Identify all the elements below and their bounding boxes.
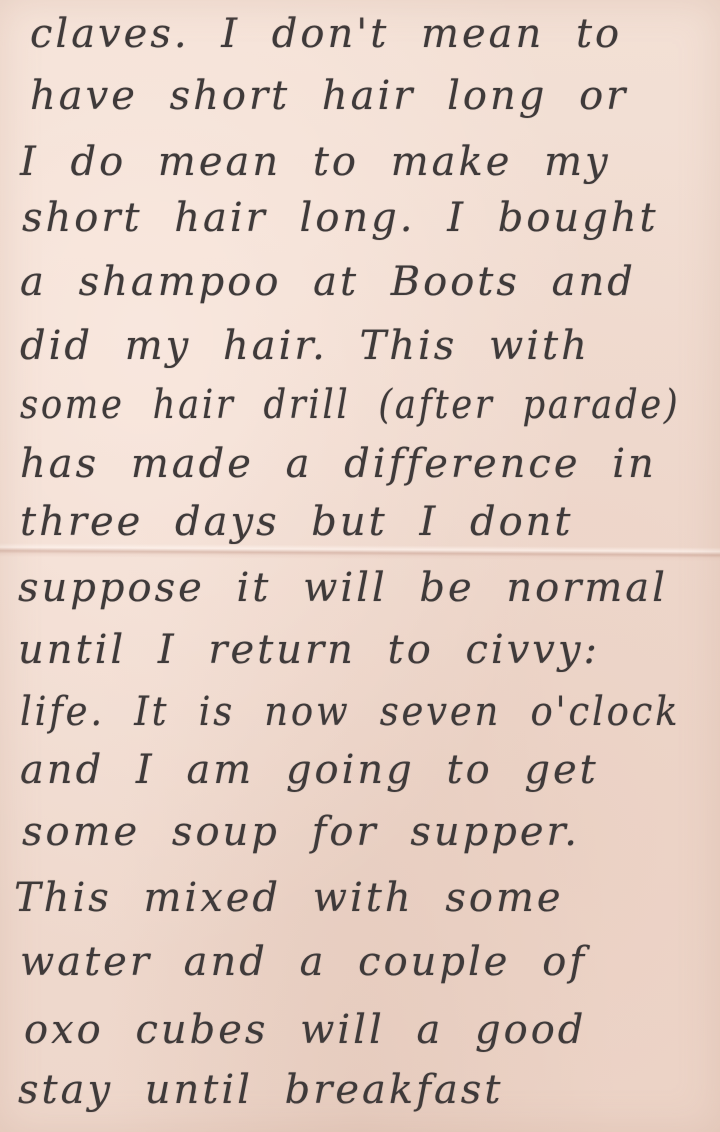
handwritten-line: stay until breakfast: [18, 1070, 503, 1110]
handwritten-line: has made a difference in: [20, 444, 657, 484]
handwritten-line: some soup for supper.: [22, 812, 580, 852]
handwritten-line: until I return to civvy:: [18, 630, 600, 670]
paper-fold-crease: [0, 543, 720, 561]
handwritten-line: some hair drill (after parade): [20, 385, 680, 425]
handwritten-line: short hair long. I bought: [22, 198, 659, 238]
handwritten-line: life. It is now seven o'clock: [20, 692, 680, 732]
handwritten-line: I do mean to make my: [20, 142, 611, 182]
handwritten-line: a shampoo at Boots and: [20, 262, 636, 302]
handwritten-line: claves. I don't mean to: [30, 14, 622, 54]
letter-page: claves. I don't mean tohave short hair l…: [0, 0, 720, 1132]
handwritten-line: and I am going to get: [20, 750, 599, 790]
handwritten-line: did my hair. This with: [20, 326, 590, 366]
handwritten-line: oxo cubes will a good: [24, 1010, 586, 1050]
handwritten-line: water and a couple of: [20, 942, 587, 982]
handwritten-line: This mixed with some: [14, 878, 564, 918]
handwritten-line: three days but I dont: [20, 502, 574, 542]
handwritten-line: suppose it will be normal: [18, 568, 668, 608]
handwritten-line: have short hair long or: [30, 76, 628, 116]
